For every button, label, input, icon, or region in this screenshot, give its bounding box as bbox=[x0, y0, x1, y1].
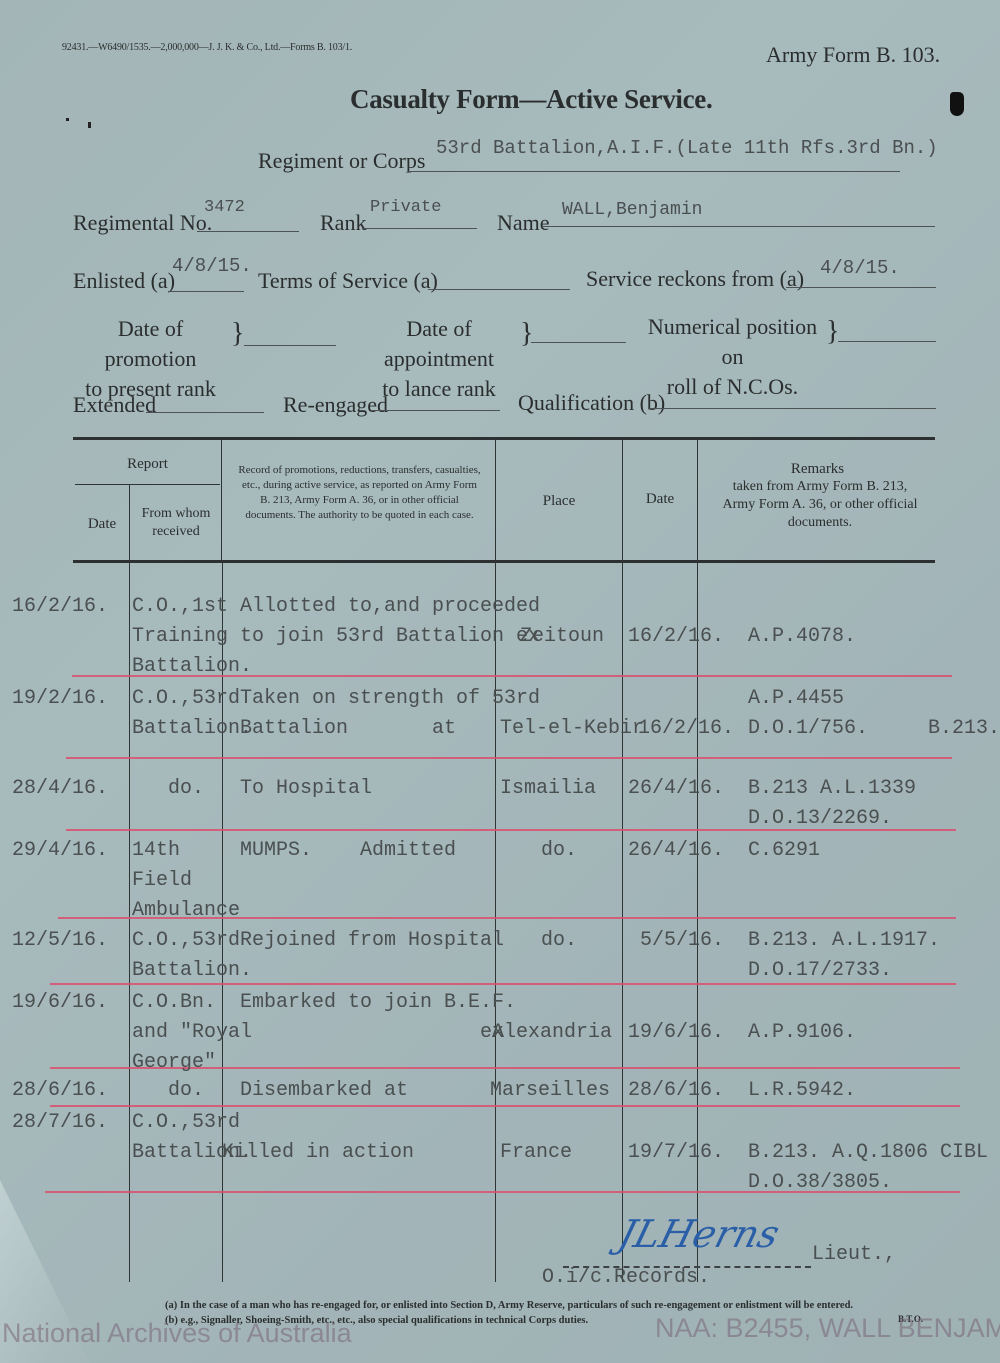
print-reference: 92431.—W6490/1535.—2,000,000—J. J. K. & … bbox=[62, 42, 352, 53]
col-line bbox=[129, 562, 130, 1282]
reckons-label: Service reckons from (a) bbox=[586, 266, 804, 292]
row-date: 19/6/16. bbox=[12, 988, 108, 1018]
header-date: Date bbox=[75, 515, 129, 533]
enlisted-underline bbox=[168, 291, 244, 292]
row-date2: 19/6/16. bbox=[628, 988, 724, 1048]
numerical-label-line2: roll of N.C.Os. bbox=[640, 372, 825, 402]
row-date2: 19/7/16. bbox=[628, 1108, 724, 1168]
row-date: 29/4/16. bbox=[12, 836, 108, 866]
promotion-underline bbox=[244, 345, 336, 346]
row-remarks: A.P.4455 D.O.1/756. B.213. bbox=[748, 684, 1000, 744]
header-from-whom: From whom received bbox=[131, 505, 221, 541]
promotion-label-line1: Date of promotion bbox=[73, 314, 228, 374]
header-place: Place bbox=[497, 492, 621, 510]
reengaged-underline bbox=[372, 410, 500, 411]
regimental-no-underline bbox=[197, 231, 299, 232]
row-date: 19/2/16. bbox=[12, 684, 108, 714]
name-underline bbox=[543, 226, 935, 227]
row-place: Marseilles bbox=[490, 1076, 610, 1106]
row-from: C.O.Bn. and "Royal George" bbox=[132, 988, 252, 1078]
row-record: Taken on strength of 53rd Battalion at bbox=[240, 684, 540, 744]
row-date2: 26/4/16. bbox=[628, 774, 724, 804]
appointment-underline bbox=[531, 342, 626, 343]
name-label: Name bbox=[497, 210, 550, 236]
row-date: 28/6/16. bbox=[12, 1076, 108, 1106]
name-value: WALL,Benjamin bbox=[562, 200, 702, 220]
appointment-label-line1: Date of appointment bbox=[358, 314, 520, 374]
row-record: Rejoined from Hospital bbox=[240, 926, 504, 956]
row-remarks: B.213. A.Q.1806 CIBL 29 D.O.38/3805. bbox=[748, 1108, 1000, 1198]
reckons-value: 4/8/15. bbox=[820, 257, 900, 279]
regimental-no-label: Regimental No. bbox=[73, 210, 212, 236]
regiment-label: Regiment or Corps bbox=[258, 148, 425, 174]
row-place: Tel-el-Kebir bbox=[500, 684, 644, 744]
row-remarks: B.213. A.L.1917. D.O.17/2733. bbox=[748, 926, 940, 986]
signature-office: O.i/c.Records. bbox=[542, 1266, 710, 1289]
row-place: do. bbox=[505, 926, 577, 956]
signature: JLHerns bbox=[614, 1212, 784, 1256]
watermark-reference: NAA: B2455, WALL BENJAMIN bbox=[655, 1313, 1000, 1344]
row-place: do. bbox=[505, 836, 577, 866]
row-record: To Hospital bbox=[240, 774, 372, 804]
row-from: 14th Field Ambulance bbox=[132, 836, 240, 926]
row-remarks: A.P.4078. bbox=[748, 592, 856, 652]
header-remarks-title: Remarks bbox=[700, 460, 935, 478]
reckons-underline bbox=[786, 287, 936, 288]
row-date2: 28/6/16. bbox=[628, 1076, 724, 1106]
numerical-label-line1: Numerical position on bbox=[640, 312, 825, 372]
numerical-label: Numerical position on roll of N.C.Os. bbox=[640, 312, 825, 402]
signature-rank: Lieut., bbox=[812, 1243, 896, 1266]
numerical-underline bbox=[838, 341, 936, 342]
rank-underline bbox=[362, 228, 477, 229]
punch-hole bbox=[950, 92, 964, 116]
brace: } bbox=[520, 318, 533, 350]
col-line bbox=[129, 485, 130, 560]
col-line bbox=[495, 439, 496, 1282]
row-date2: 26/4/16. bbox=[628, 836, 724, 866]
row-date: 28/4/16. bbox=[12, 774, 108, 804]
row-remarks: L.R.5942. bbox=[748, 1076, 856, 1106]
rank-label: Rank bbox=[320, 210, 366, 236]
row-record: MUMPS. Admitted bbox=[240, 836, 456, 866]
report-subrule bbox=[75, 484, 220, 485]
row-place: Ismailia bbox=[500, 774, 596, 804]
header-remarks-sub: taken from Army Form B. 213, Army Form A… bbox=[720, 478, 920, 532]
row-date2: 16/2/16. bbox=[638, 684, 734, 744]
form-number: Army Form B. 103. bbox=[766, 42, 940, 68]
extended-underline bbox=[146, 412, 264, 413]
row-place: Zeitoun bbox=[520, 592, 604, 652]
row-record: Disembarked at bbox=[240, 1076, 408, 1106]
row-remarks: B.213 A.L.1339 D.O.13/2269. bbox=[748, 774, 916, 834]
table-top-rule bbox=[73, 437, 935, 440]
row-place: France bbox=[500, 1108, 572, 1168]
terms-label: Terms of Service (a) bbox=[258, 268, 438, 294]
reengaged-label: Re-engaged bbox=[283, 392, 388, 418]
header-record: Record of promotions, reductions, transf… bbox=[237, 463, 482, 523]
terms-underline bbox=[428, 289, 570, 290]
row-date: 12/5/16. bbox=[12, 926, 108, 956]
col-line bbox=[622, 439, 623, 1282]
promotion-label: Date of promotion to present rank bbox=[73, 314, 228, 404]
row-from: C.O.,53rd Battalion. bbox=[132, 926, 252, 986]
footnote-a: (a) In the case of a man who has re-enga… bbox=[165, 1300, 853, 1311]
appointment-label: Date of appointment to lance rank bbox=[358, 314, 520, 404]
extended-label: Extended bbox=[73, 392, 156, 418]
row-place: Alexandria bbox=[492, 988, 612, 1048]
regimental-no-value: 3472 bbox=[204, 198, 245, 217]
header-date2: Date bbox=[624, 490, 696, 508]
rank-value: Private bbox=[370, 198, 441, 217]
row-remarks: C.6291 bbox=[748, 836, 820, 866]
row-record: Embarked to join B.E.F. ex bbox=[240, 988, 516, 1048]
watermark-archive: National Archives of Australia bbox=[2, 1318, 352, 1349]
row-from: C.O.,1st Training Battalion. bbox=[132, 592, 252, 682]
row-from: do. bbox=[132, 1076, 204, 1106]
table-header-rule bbox=[73, 560, 935, 563]
row-date: 16/2/16. bbox=[12, 592, 108, 622]
brace: } bbox=[826, 316, 839, 348]
row-rule bbox=[66, 757, 952, 759]
brace: } bbox=[231, 318, 244, 350]
row-from: do. bbox=[132, 774, 204, 804]
row-date: 28/7/16. bbox=[12, 1108, 108, 1138]
row-date2: 5/5/16. bbox=[628, 926, 724, 956]
mark bbox=[88, 122, 91, 128]
qualification-underline bbox=[648, 408, 936, 409]
regiment-underline bbox=[410, 171, 900, 172]
qualification-label: Qualification (b) bbox=[518, 390, 665, 416]
row-date2: 16/2/16. bbox=[628, 592, 724, 652]
row-remarks: A.P.9106. bbox=[748, 988, 856, 1048]
col-line bbox=[221, 439, 222, 560]
row-from: C.O.,53rd Battalion. bbox=[132, 684, 252, 744]
page-title: Casualty Form—Active Service. bbox=[350, 84, 712, 115]
enlisted-value: 4/8/15. bbox=[172, 255, 252, 277]
mark bbox=[66, 118, 69, 121]
row-record: Killed in action bbox=[222, 1108, 414, 1168]
regiment-value: 53rd Battalion,A.I.F.(Late 11th Rfs.3rd … bbox=[436, 137, 938, 159]
enlisted-label: Enlisted (a) bbox=[73, 268, 175, 294]
header-report: Report bbox=[75, 455, 220, 473]
row-record: Allotted to,and proceeded to join 53rd B… bbox=[240, 592, 540, 652]
